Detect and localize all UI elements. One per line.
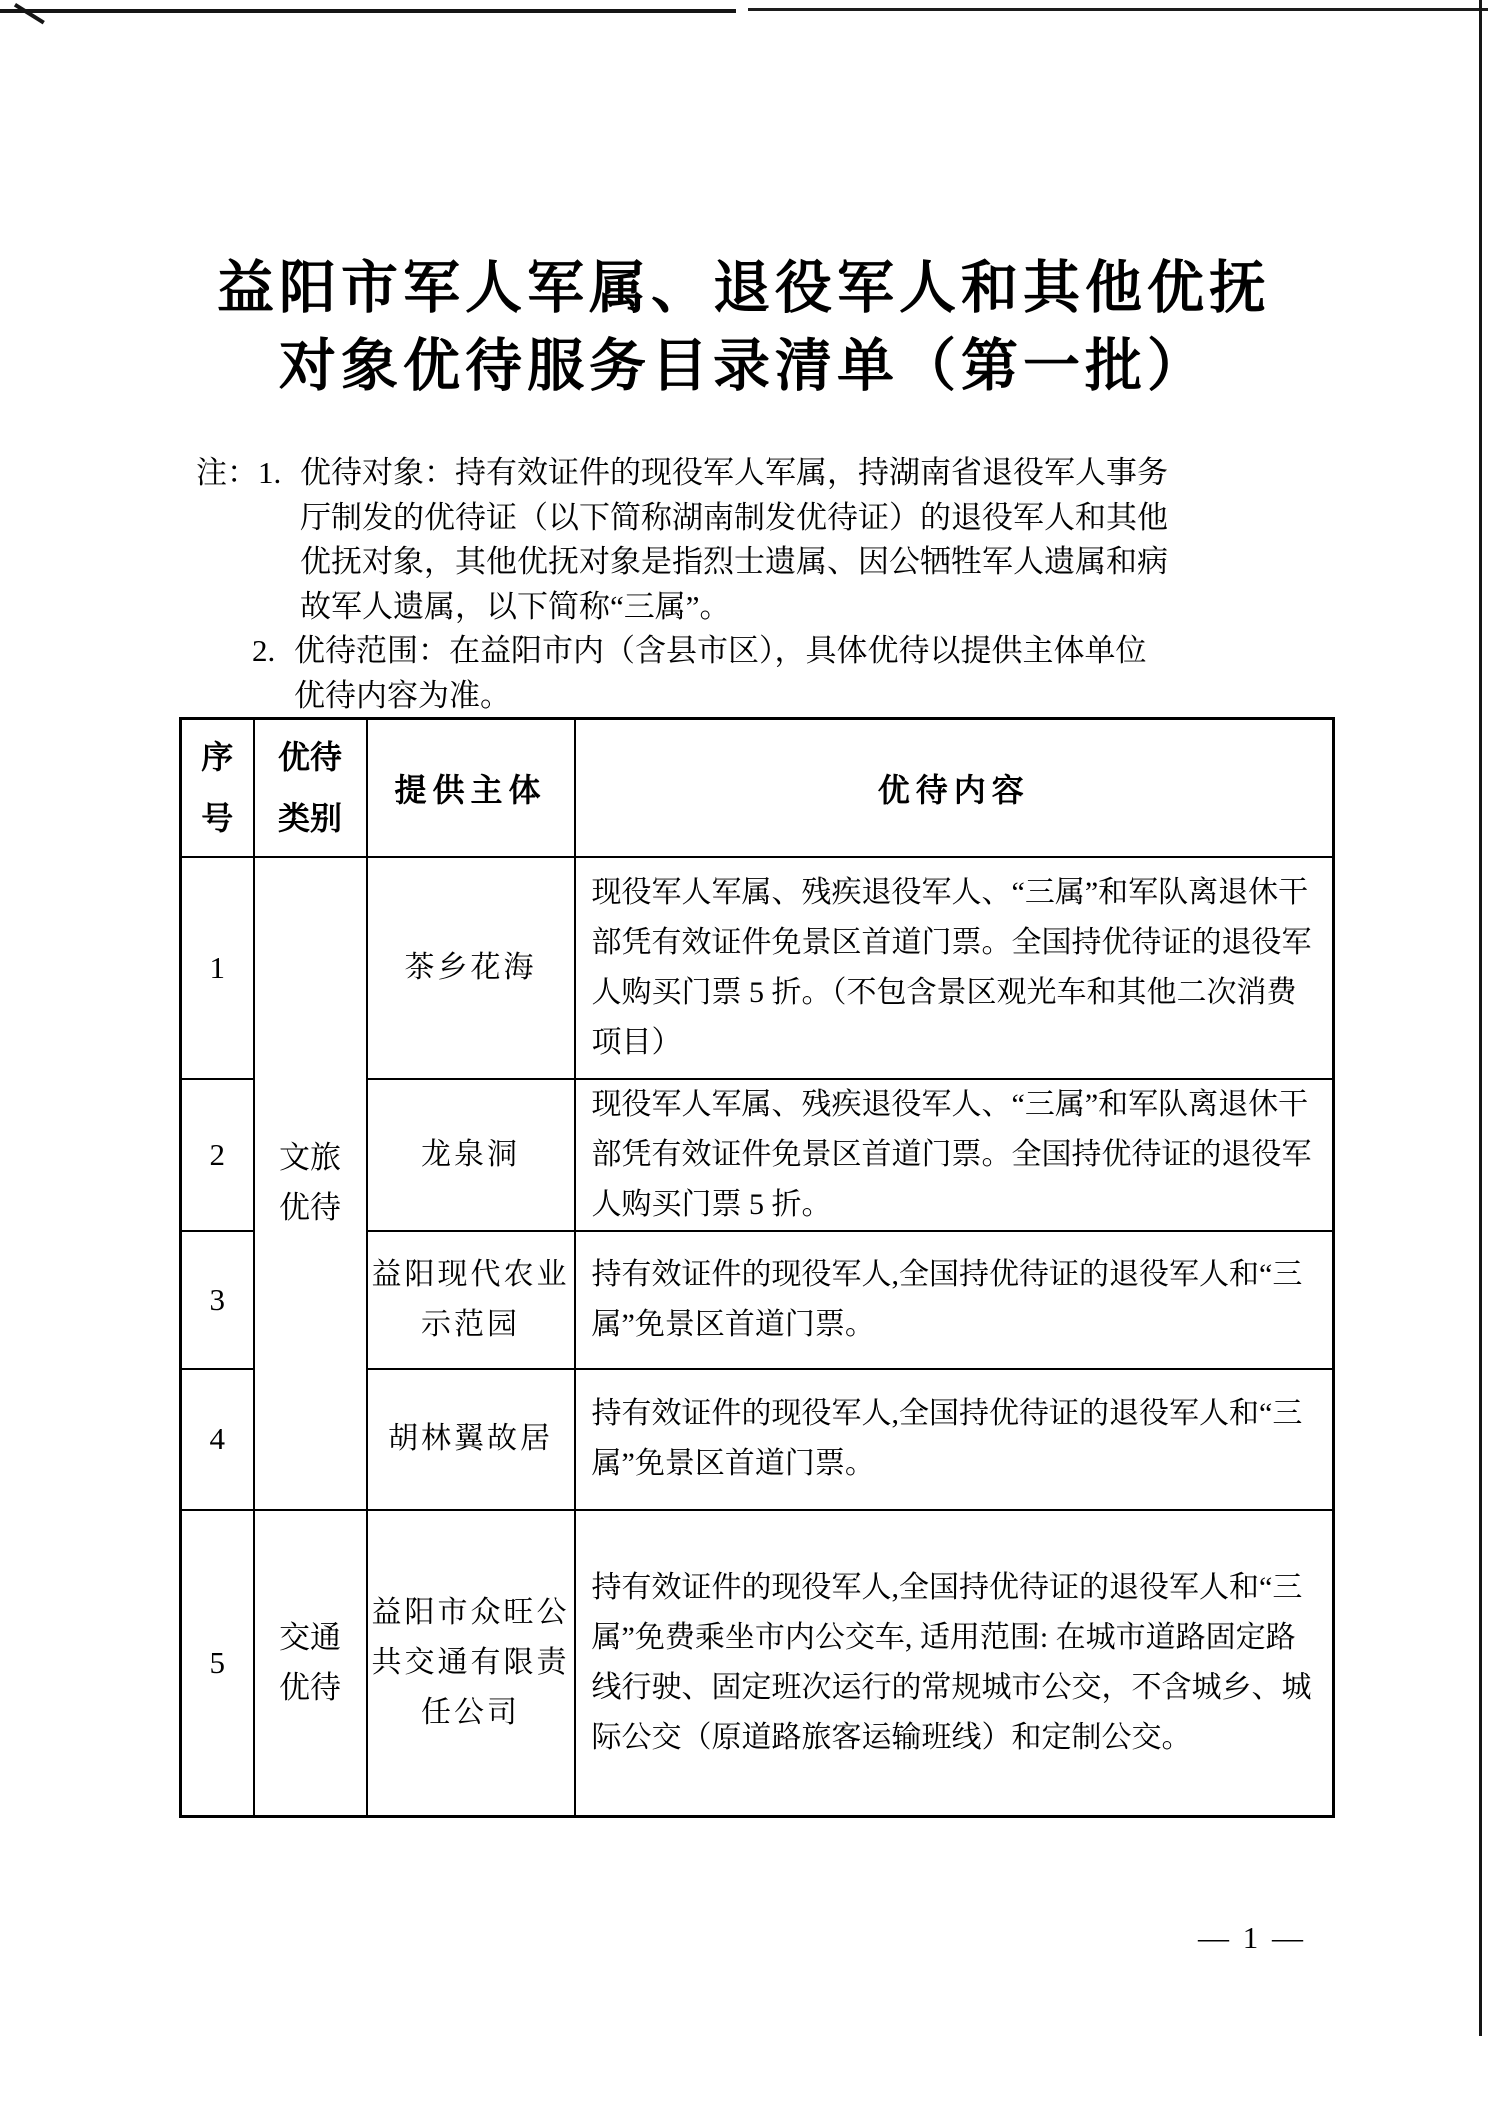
row-1-number: 1 (181, 857, 254, 1079)
note-item-2: 2. 优待范围：在益阳市内（含县市区），具体优待以提供主体单位 优待内容为准。 (196, 629, 1366, 718)
row-2-number: 2 (181, 1079, 254, 1231)
row-4-content: 持有效证件的现役军人,全国持优待证的退役军人和“三 属”免景区首道门票。 (575, 1369, 1334, 1510)
row-4-provider: 胡林翼故居 (367, 1369, 575, 1510)
table-row: 1 文旅 优待 茶乡花海 现役军人军属、残疾退役军人、“三属”和军队离退休干 部… (181, 857, 1334, 1079)
row-1-content: 现役军人军属、残疾退役军人、“三属”和军队离退休干 部凭有效证件免景区首道门票。… (575, 857, 1334, 1079)
page-number: — 1 — (1198, 1920, 1306, 1956)
row-4-number: 4 (181, 1369, 254, 1510)
row-2-provider: 龙泉洞 (367, 1079, 575, 1231)
row-3-content: 持有效证件的现役军人,全国持优待证的退役军人和“三 属”免景区首道门票。 (575, 1231, 1334, 1369)
row-5-content: 持有效证件的现役军人,全国持优待证的退役军人和“三 属”免费乘坐市内公交车, 适… (575, 1510, 1334, 1817)
header-provider: 提供主体 (367, 719, 575, 857)
note-2-text: 优待范围：在益阳市内（含县市区），具体优待以提供主体单位 优待内容为准。 (294, 629, 1147, 718)
row-3-provider: 益阳现代农业 示范园 (367, 1231, 575, 1369)
row-5-provider: 益阳市众旺公 共交通有限责 任公司 (367, 1510, 575, 1817)
note-1-number: 1. (258, 451, 300, 496)
row-2-content: 现役军人军属、残疾退役军人、“三属”和军队离退休干 部凭有效证件免景区首道门票。… (575, 1079, 1334, 1231)
scan-top-border-left (0, 9, 736, 13)
row-3-number: 3 (181, 1231, 254, 1369)
note-1-text: 优待对象：持有效证件的现役军人军属，持湖南省退役军人事务 厅制发的优待证（以下简… (300, 451, 1168, 629)
category-culture-tourism: 文旅 优待 (254, 857, 367, 1510)
document-title-line2: 对象优待服务目录清单（第一批） (279, 335, 1209, 398)
scan-corner-mark (14, 3, 45, 24)
note-prefix: 注： (196, 451, 258, 496)
header-content: 优待内容 (575, 719, 1334, 857)
category-transport: 交通 优待 (254, 1510, 367, 1817)
row-5-number: 5 (181, 1510, 254, 1817)
table-row: 5 交通 优待 益阳市众旺公 共交通有限责 任公司 持有效证件的现役军人,全国持… (181, 1510, 1334, 1817)
document-title: 益阳市军人军属、退役军人和其他优抚对象优待服务目录清单（第一批） (0, 250, 1488, 406)
header-category: 优待 类别 (254, 719, 367, 857)
treatment-table: 序 号 优待 类别 提供主体 优待内容 1 文旅 优待 茶乡花海 现役军人军属、… (179, 717, 1335, 1818)
header-serial-number: 序 号 (181, 719, 254, 857)
note-item-1: 注： 1. 优待对象：持有效证件的现役军人军属，持湖南省退役军人事务 厅制发的优… (196, 451, 1366, 629)
table-header-row: 序 号 优待 类别 提供主体 优待内容 (181, 719, 1334, 857)
document-title-line1: 益阳市军人军属、退役军人和其他优抚 (217, 257, 1271, 320)
row-1-provider: 茶乡花海 (367, 857, 575, 1079)
note-2-number: 2. (252, 629, 294, 674)
notes-block: 注： 1. 优待对象：持有效证件的现役军人军属，持湖南省退役军人事务 厅制发的优… (196, 451, 1366, 718)
scan-top-border-right (748, 8, 1488, 11)
